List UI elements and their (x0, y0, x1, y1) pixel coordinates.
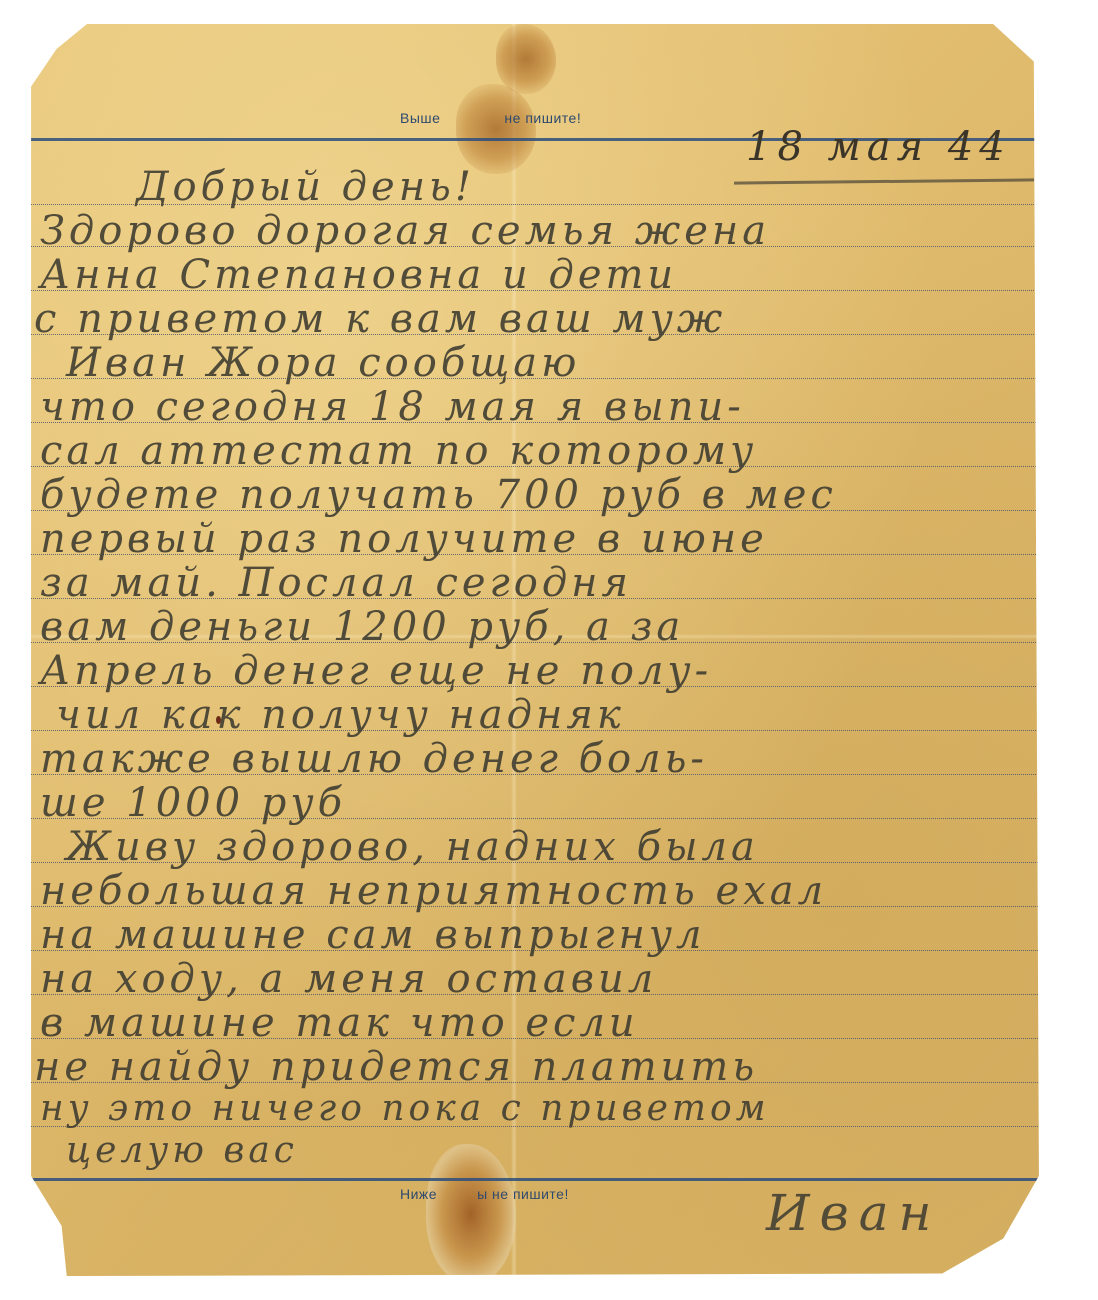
signature: Иван (766, 1184, 941, 1242)
letter-line: Иван Жора сообщаю (66, 340, 580, 386)
bottom-tear-stain (426, 1144, 516, 1284)
letter-line: в машине так что если (40, 1000, 639, 1046)
letter-line: на машине сам выпрыгнул (40, 912, 705, 958)
letter-line: не найду придется платить (34, 1044, 758, 1090)
letter-line: Здорово дорогая семья жена (40, 208, 770, 254)
ink-speck (216, 716, 221, 724)
top-print-notice: Вышене пишите! (400, 110, 581, 126)
date-underline (734, 178, 1034, 184)
top-tear-stain (496, 24, 556, 94)
top-stain (456, 84, 536, 174)
letter-line: ше 1000 руб (40, 780, 346, 826)
bottom-notice-word: Ниже (400, 1186, 437, 1202)
bottom-notice-rest: ы не пишите! (477, 1186, 569, 1202)
letter-line: вам деньги 1200 руб, а за (40, 604, 684, 650)
letter-paper: Вышене пишите! 18 мая 44 Добрый день! Зд… (26, 24, 1044, 1276)
letter-date: 18 мая 44 (746, 124, 1011, 170)
letter-line: Анна Степановна и дети (40, 252, 677, 298)
top-notice-rest: не пишите! (504, 110, 581, 126)
letter-line: небольшая неприятность ехал (40, 868, 827, 914)
top-notice-word: Выше (400, 110, 440, 126)
letter-line: первый раз получите в июне (40, 516, 768, 562)
letter-line: также вышлю денег боль- (40, 736, 708, 782)
bottom-printed-rule (26, 1178, 1044, 1181)
letter-line: Добрый день! (136, 164, 475, 210)
letter-line: Живу здорово, надних была (66, 824, 759, 870)
letter-line: за май. Послал сегодня (40, 560, 632, 606)
bottom-print-notice: Нижеы не пишите! (400, 1186, 569, 1202)
letter-line: что сегодня 18 мая я выпи- (40, 384, 745, 430)
letter-line: на ходу, а меня оставил (40, 956, 657, 1002)
letter-line: с приветом к вам ваш муж (34, 296, 726, 342)
letter-line: целую вас (66, 1130, 298, 1171)
letter-line: Апрель денег еще не полу- (40, 648, 712, 694)
ink-speck (1036, 380, 1044, 390)
letter-line: ну это ничего пока с приветом (40, 1088, 770, 1129)
letter-line: сал аттестат по которому (40, 428, 757, 474)
letter-line: будете получать 700 руб в мес (40, 472, 837, 518)
letter-line: чил как получу надняк (56, 692, 625, 738)
